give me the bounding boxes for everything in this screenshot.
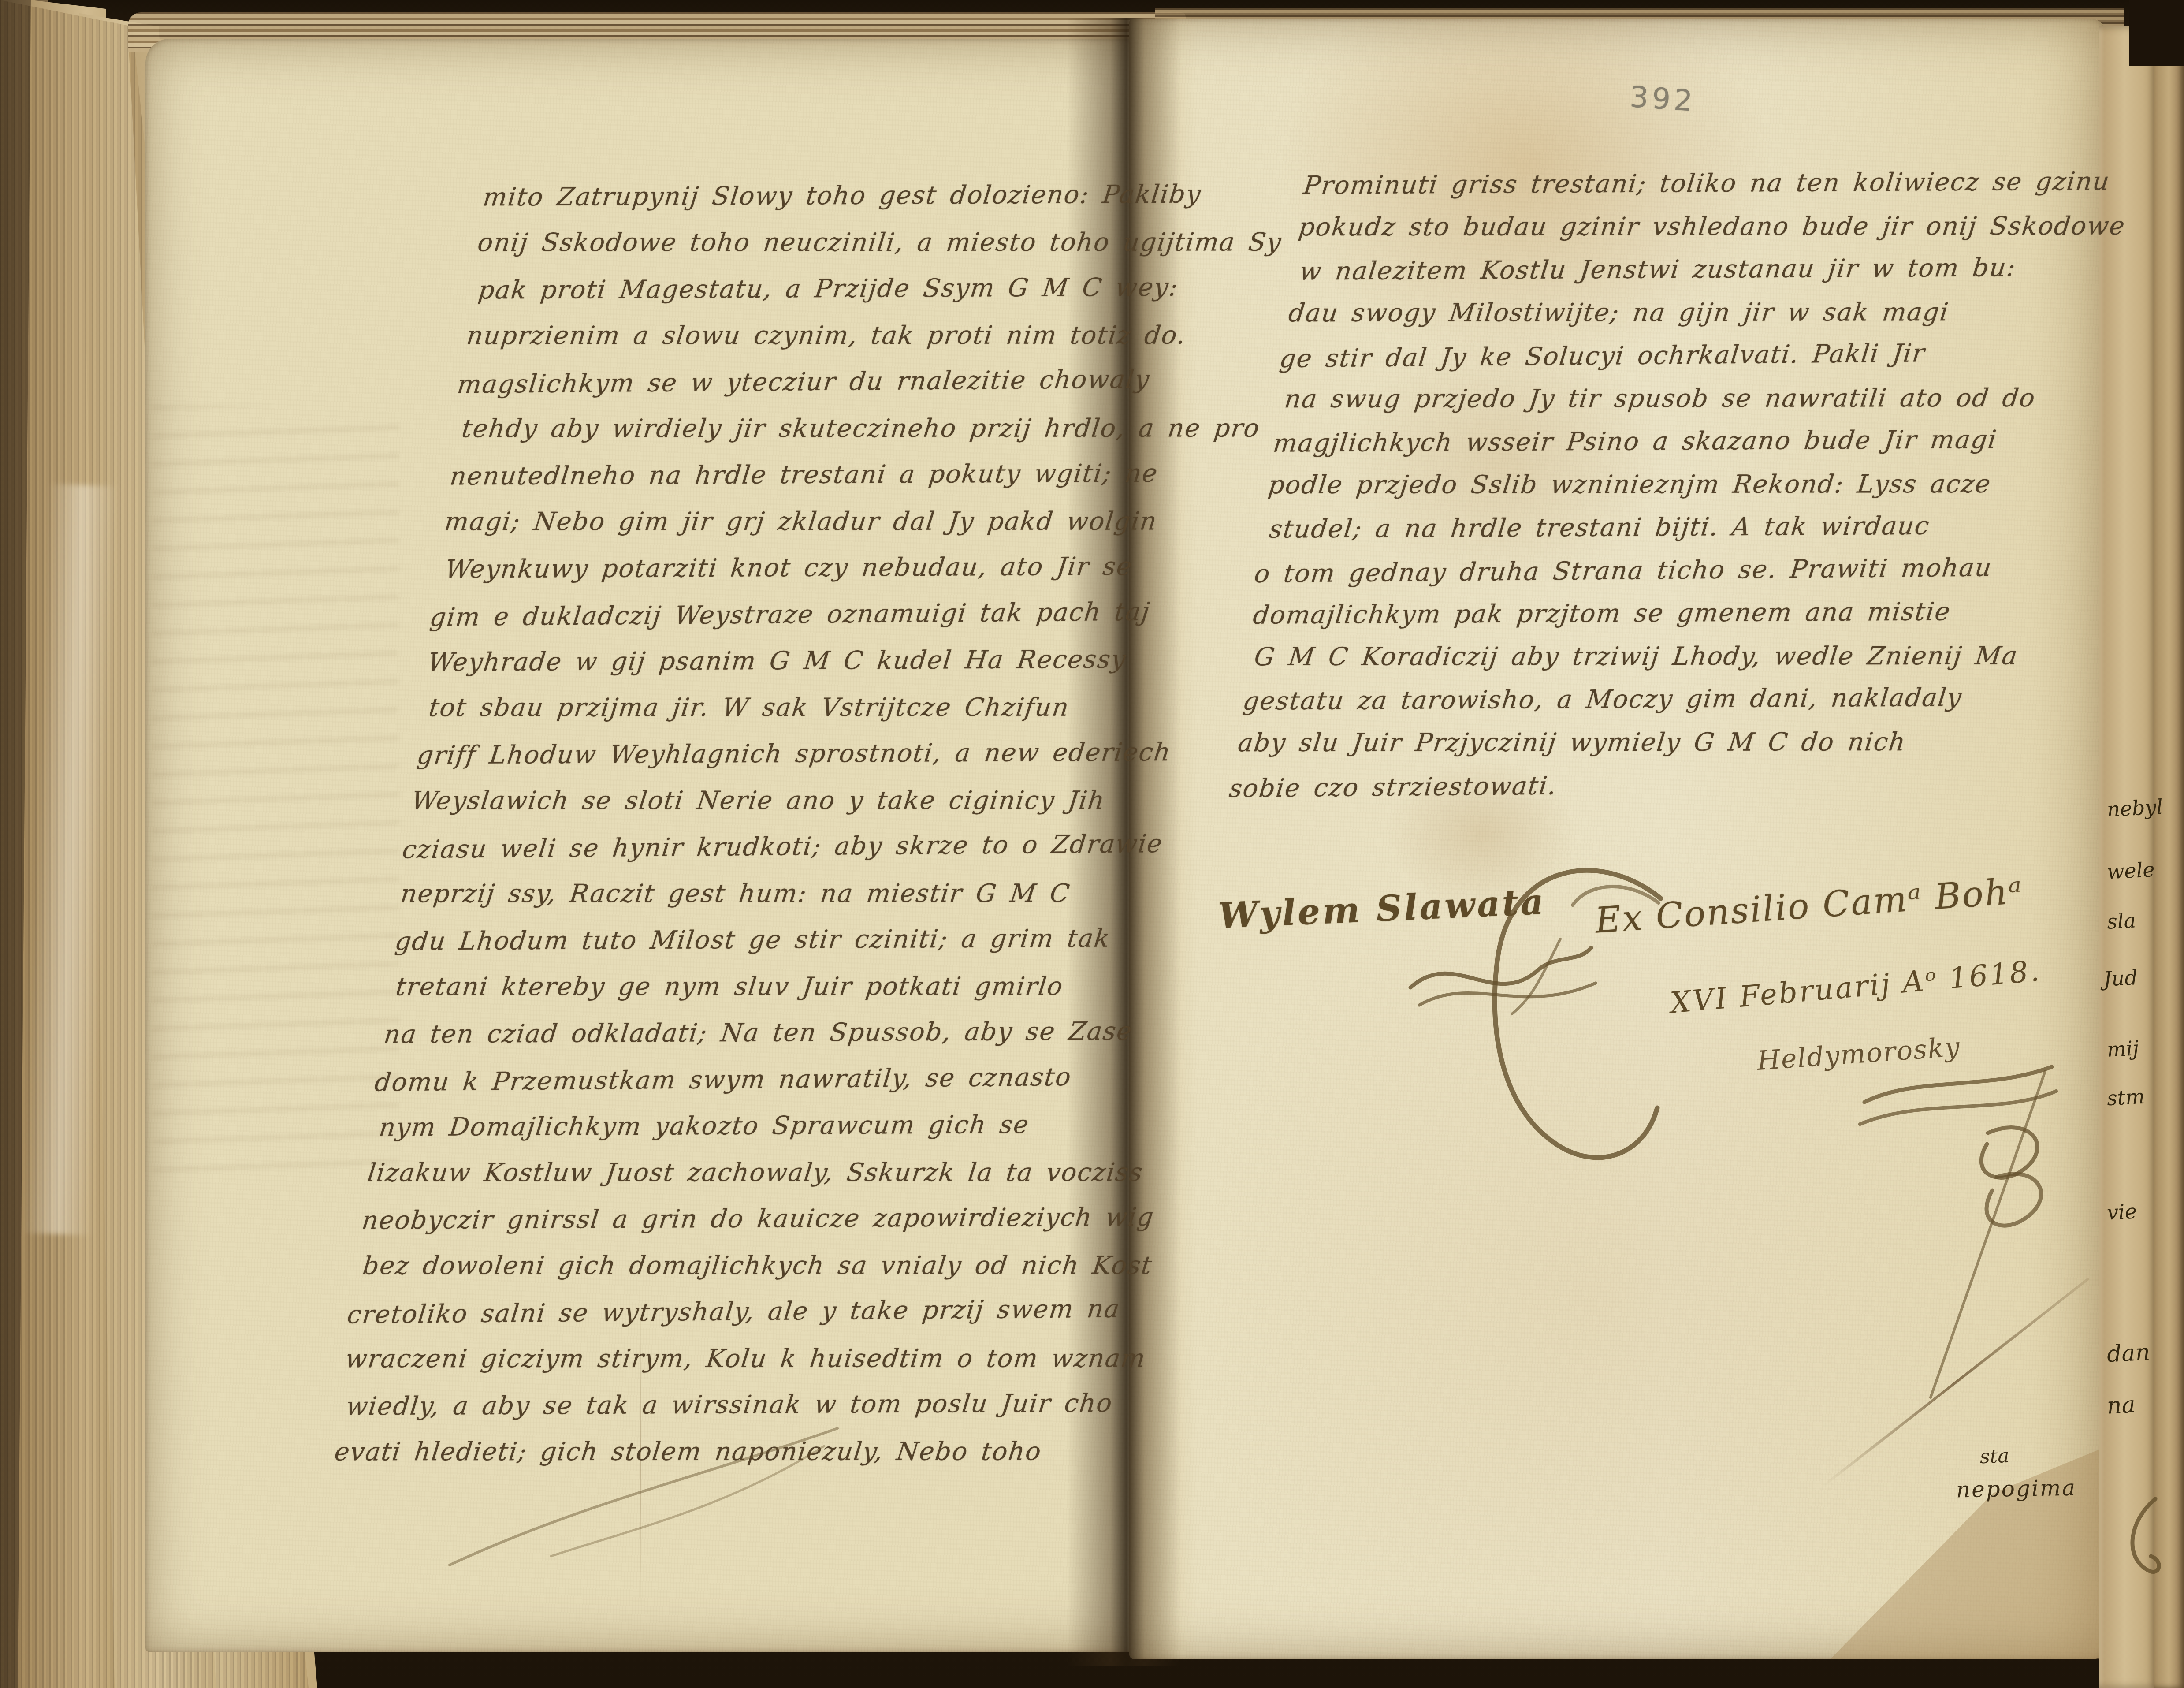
manuscript-line: nym Domajlichkym yakozto Sprawcum gich s… (376, 1101, 1099, 1151)
manuscript-line: wraczeni gicziym stirym, Kolu k huisedti… (343, 1335, 1072, 1382)
descender-flourish (441, 1420, 846, 1578)
under-leaf-fragment: nepogima (1956, 1475, 2077, 1503)
manuscript-line: Weynkuwy potarziti knot czy nebudau, ato… (443, 543, 1165, 593)
folio-number: 392 (1629, 80, 1697, 118)
manuscript-line: tehdy aby wirdiely jir skuteczineho przi… (459, 405, 1182, 452)
fore-edge-fragments: nebylweleslaJudmijstmviedanna (2106, 0, 2172, 1688)
manuscript-line: w nalezitem Kostlu Jenstwi zustanau jir … (1297, 246, 2103, 293)
manuscript-line: magslichkym se w ytecziur du rnalezitie … (455, 356, 1187, 408)
under-leaf-fragment: sta (1979, 1445, 2009, 1468)
fore-edge-fragment: nebyl (2106, 795, 2164, 822)
fore-edge-fragment: stm (2106, 1084, 2145, 1110)
manuscript-line: cretoliko salni se wytryshaly, ale y tak… (345, 1286, 1077, 1338)
right-page-text-block: Prominuti griss trestani; toliko na ten … (1230, 160, 2113, 809)
manuscript-line: podle przjedo Sslib wzninieznjm Rekond: … (1266, 462, 2078, 507)
manuscript-line: magjlichkych wsseir Psino a skazano bude… (1271, 418, 2083, 465)
manuscript-line: neprzij ssy, Raczit gest hum: na miestir… (398, 870, 1127, 917)
manuscript-line: nuprzienim a slowu czynim, tak proti nim… (464, 312, 1193, 359)
manuscript-line: aby slu Juir Przjyczinij wymiely G M C d… (1235, 720, 2047, 764)
manuscript-line: mito Zatrupynij Slowy toho gest dolozien… (480, 171, 1209, 221)
secretary-signature-scribble (1856, 1049, 2063, 1411)
manuscript-line: lizakuw Kostluw Juost zachowaly, Sskurzk… (365, 1149, 1094, 1196)
manuscript-line: ge stir dal Jy ke Solucyi ochrkalvati. P… (1277, 331, 2093, 381)
fore-edge-ink-curl (2116, 1494, 2169, 1591)
manuscript-line: gdu Lhodum tuto Milost ge stir cziniti; … (392, 915, 1121, 965)
manuscript-line: tretani ktereby ge nym sluv Juir potkati… (393, 963, 1116, 1010)
manuscript-line: pokudz sto budau gzinir vshledano bude j… (1296, 205, 2108, 249)
manuscript-line: cziasu weli se hynir krudkoti; aby skrze… (400, 821, 1132, 873)
manuscript-line: nenutedlneho na hrdle trestani a pokuty … (447, 450, 1176, 500)
left-page-text-block: mito Zatrupynij Slowy toho gest dolozien… (332, 171, 1209, 1476)
manuscript-line: o tom gednay druha Strana ticho se. Praw… (1252, 546, 2068, 596)
manuscript-line: sobie czo strziestowati. (1227, 760, 2043, 811)
manuscript-book-photo: 392 mito Zatrupynij Slowy toho gest dolo… (0, 0, 2184, 1688)
fore-edge-fragment: sla (2106, 908, 2136, 933)
manuscript-line: domu k Przemustkam swym nawratily, se cz… (372, 1054, 1105, 1106)
manuscript-line: na ten cziad odkladati; Na ten Spussob, … (381, 1008, 1110, 1058)
fore-edge-fragment: vie (2106, 1199, 2138, 1224)
manuscript-line: Weyslawich se sloti Nerie ano y take cig… (409, 777, 1138, 824)
fore-edge-fragment: Jud (2103, 965, 2138, 991)
manuscript-line: tot sbau przijma jir. W sak Vstrijtcze C… (426, 684, 1149, 731)
manuscript-line: onij Sskodowe toho neuczinili, a miesto … (475, 219, 1204, 266)
manuscript-line: bez dowoleni gich domajlichkych sa vnial… (360, 1242, 1083, 1289)
manuscript-line: na swug przjedo Jy tir spusob se nawrati… (1282, 376, 2088, 421)
fore-edge-fragment: mij (2106, 1036, 2139, 1062)
manuscript-line: gim e dukladczij Weystraze oznamuigi tak… (427, 589, 1160, 641)
manuscript-line: domajlichkym pak przjtom se gmenem ana m… (1250, 590, 2063, 637)
manuscript-line: magi; Nebo gim jir grj zkladur dal Jy pa… (442, 498, 1171, 545)
manuscript-line: G M C Koradiczij aby trziwij Lhody, wedl… (1252, 634, 2057, 678)
manuscript-line: pak proti Magestatu, a Przijde Ssym G M … (476, 264, 1198, 314)
fore-edge-fragment: dan (2106, 1339, 2151, 1368)
fore-edge-fragment: na (2106, 1391, 2136, 1419)
manuscript-line: studel; a na hrdle trestani bijti. A tak… (1267, 504, 2073, 551)
manuscript-line: neobyczir gnirssl a grin do kauicze zapo… (359, 1194, 1088, 1244)
ink-bleedthrough (152, 406, 399, 1177)
manuscript-line: Prominuti griss trestani; toliko na ten … (1301, 160, 2113, 207)
manuscript-line: griff Lhoduw Weyhlagnich sprostnoti, a n… (414, 729, 1143, 779)
manuscript-line: dau swogy Milostiwijte; na gijn jir w sa… (1286, 291, 2098, 335)
fore-edge-fragment: wele (2106, 857, 2155, 884)
manuscript-line: Weyhrade w gij psanim G M C kudel Ha Rec… (425, 636, 1154, 686)
manuscript-line: gestatu za tarowisho, a Moczy gim dani, … (1240, 676, 2053, 723)
